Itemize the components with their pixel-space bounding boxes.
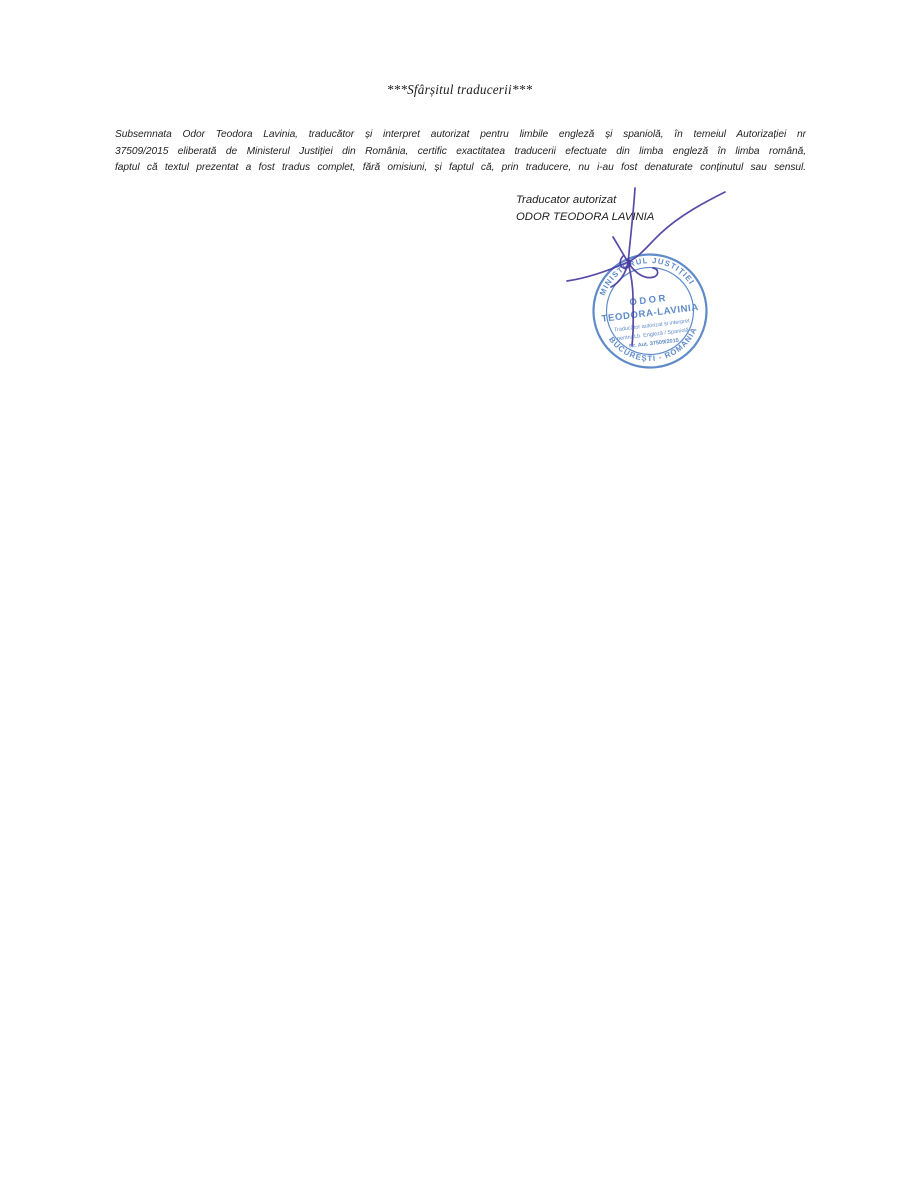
document-page: ***Sfârșitul traducerii*** Subsemnata Od… — [0, 0, 919, 1190]
signature-stroke-sweep — [567, 192, 725, 281]
certification-paragraph: Subsemnata Odor Teodora Lavinia, traducă… — [115, 127, 806, 177]
end-of-translation-marker: ***Sfârșitul traducerii*** — [0, 82, 919, 98]
certification-line-3: faptul că textul prezentat a fost tradus… — [115, 160, 806, 177]
signature-stroke-tail — [628, 262, 633, 345]
certification-line-1: Subsemnata Odor Teodora Lavinia, traducă… — [115, 127, 806, 144]
certification-line-2: 37509/2015 eliberată de Ministerul Justi… — [115, 144, 806, 161]
handwritten-signature — [540, 182, 770, 362]
signature-stroke-diagonal-2 — [611, 188, 635, 287]
